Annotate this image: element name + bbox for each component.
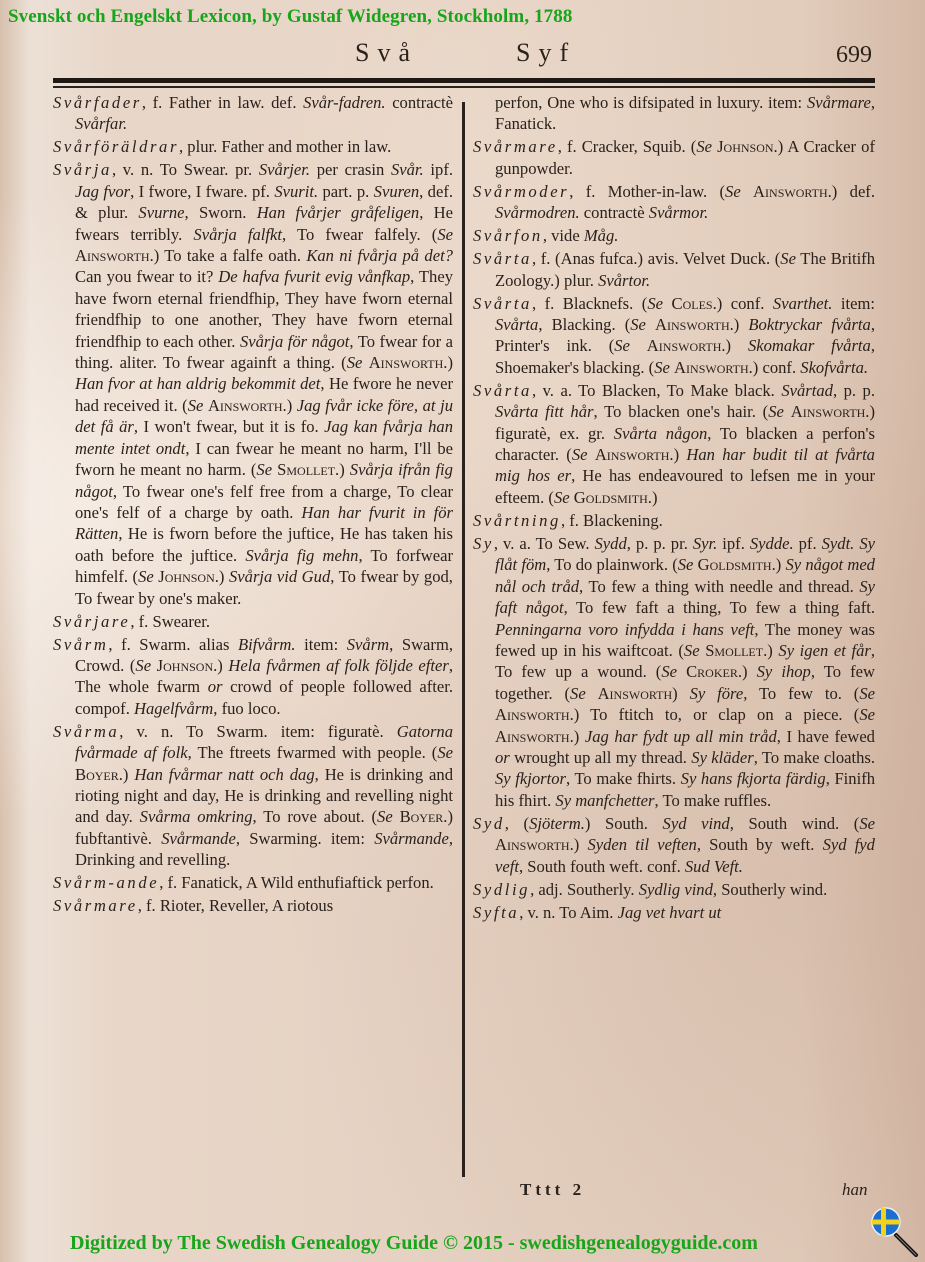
definition-text: )	[742, 662, 757, 681]
dictionary-entry: Svårta, v. a. To Blacken, To Make black.…	[473, 380, 875, 508]
swedish-phrase: Svurne	[138, 203, 184, 222]
swedish-phrase: Se	[570, 684, 586, 703]
watermark-title: Svenskt och Engelskt Lexicon, by Gustaf …	[8, 6, 572, 28]
swedish-phrase: Sy kläder	[691, 748, 753, 767]
definition-text: , p. p.	[833, 381, 875, 400]
definition-text: , p. p. pr.	[627, 534, 693, 553]
definition-text: , f. Swarm. alias	[108, 635, 238, 654]
swedish-phrase: Syden til veften	[587, 835, 696, 854]
swedish-phrase: Se	[437, 743, 453, 762]
source-reference: Ainsworth.	[791, 402, 870, 421]
column-divider	[462, 102, 465, 1177]
definition-text: , The ftreets fwarmed with people. (	[188, 743, 438, 762]
headword: Svårta	[473, 294, 532, 313]
source-reference: Ainsworth.	[495, 727, 574, 746]
definition-text: ) To take a falfe oath.	[154, 246, 307, 265]
dictionary-entry: Syfta, v. n. To Aim. Jag vet hvart ut	[473, 902, 875, 923]
definition-text: , To blacken one's hair. (	[593, 402, 768, 421]
swedish-phrase: Svårja fig mehn	[245, 546, 358, 565]
definition-text: ) def.	[832, 182, 875, 201]
definition-text: , To few a thing with needle and thread.	[579, 577, 859, 596]
headword: Svårta	[473, 381, 532, 400]
dictionary-entry: Svårfon, vide Måg.	[473, 225, 875, 246]
definition-text: , To rove about. (	[253, 807, 378, 826]
swedish-phrase: Sjöterm.	[529, 814, 585, 833]
source-reference: Ainsworth.	[495, 835, 574, 854]
swedish-phrase: Se	[188, 396, 204, 415]
definition-text: , Swarming. item:	[236, 829, 374, 848]
source-reference: Boyer.	[75, 765, 123, 784]
swedish-phrase: Svårtor.	[598, 271, 650, 290]
dictionary-entry: Svårtning, f. Blackening.	[473, 510, 875, 531]
definition-text: , Sworn.	[185, 203, 257, 222]
definition-text: , I fwore, I fware. pf.	[130, 182, 274, 201]
headword: Svårmoder	[473, 182, 569, 201]
source-reference: Ainsworth	[598, 684, 673, 703]
swedish-phrase: Sydd	[595, 534, 627, 553]
definition-text: , I have fewed	[777, 727, 875, 746]
running-head-right: Syf	[516, 38, 576, 68]
swedish-phrase: Svårmor.	[649, 203, 708, 222]
definition-text: )	[574, 727, 585, 746]
definition-text: , plur. Father and mother in law.	[179, 137, 391, 156]
swedish-phrase: Han fvårjer gråfeligen	[257, 203, 420, 222]
definition-text: , To few to. (	[743, 684, 859, 703]
definition-text: Can you fwear to it?	[75, 267, 218, 286]
swedish-phrase: Svårja vid Gud	[229, 567, 330, 586]
definition-text	[646, 315, 655, 334]
definition-text	[677, 662, 686, 681]
swedish-phrase: Se	[678, 555, 694, 574]
definition-text: ) conf.	[717, 294, 773, 313]
definition-text: , f. Swearer.	[130, 612, 210, 631]
definition-text: , South by weft.	[697, 835, 823, 854]
swedish-phrase: Skomakar fvårta	[748, 336, 871, 355]
source-reference: Johnson.	[158, 567, 219, 586]
swedish-flag-magnifier-icon	[870, 1205, 922, 1257]
swedish-phrase: Se	[135, 656, 151, 675]
definition-text: , f. Fanatick, A Wild enthufiaftick perf…	[159, 873, 434, 892]
swedish-phrase: Sy manfchetter	[555, 791, 654, 810]
dictionary-entry: Svårja, v. n. To Swear. pr. Svårjer. per…	[53, 159, 453, 609]
swedish-phrase: Måg.	[584, 226, 619, 245]
definition-text: )	[123, 765, 134, 784]
definition-text: )	[726, 336, 748, 355]
swedish-phrase: Svurit.	[274, 182, 318, 201]
definition-text: part. p.	[318, 182, 374, 201]
swedish-phrase: Se	[859, 814, 875, 833]
swedish-phrase: Svårmare	[807, 93, 871, 112]
definition-text: )	[339, 460, 350, 479]
swedish-phrase: Se	[437, 225, 453, 244]
swedish-phrase: Bifvårm.	[238, 635, 296, 654]
swedish-phrase: Sydt.	[822, 534, 855, 553]
definition-text: , Blacking. (	[538, 315, 630, 334]
swedish-phrase: Han fvårmar natt och dag	[134, 765, 314, 784]
swedish-phrase: Svårfar.	[75, 114, 127, 133]
definition-text: , vide	[543, 226, 584, 245]
definition-text	[663, 294, 672, 313]
source-reference: Smollet.	[705, 641, 767, 660]
headword: Svårföräldrar	[53, 137, 179, 156]
swedish-phrase: Se	[725, 182, 741, 201]
definition-text: , To few faft a thing, To few a thing fa…	[564, 598, 875, 617]
swedish-phrase: Svårta	[495, 315, 538, 334]
swedish-phrase: Se	[696, 137, 712, 156]
definition-text: , v. a. To Blacken, To Make black.	[532, 381, 781, 400]
definition-text: item:	[296, 635, 347, 654]
dictionary-entry: Svårta, f. Blacknefs. (Se Coles.) conf. …	[473, 293, 875, 379]
definition-text: , I won't fwear, but it is fo.	[134, 417, 324, 436]
definition-text: , f. Blacknefs. (	[532, 294, 647, 313]
dictionary-entry: Svårjare, f. Swearer.	[53, 611, 453, 632]
swedish-phrase: Svårtad	[781, 381, 833, 400]
swedish-phrase: Sud Veft.	[685, 857, 743, 876]
definition-text: , v. n. To Swear. pr.	[112, 160, 259, 179]
swedish-phrase: Svårma omkring	[140, 807, 253, 826]
definition-text: , To fwear falfely. (	[282, 225, 437, 244]
headword: Syd	[473, 814, 505, 833]
swedish-phrase: Svårmodren.	[495, 203, 580, 222]
definition-text: contractè	[580, 203, 649, 222]
definition-text: )	[219, 567, 229, 586]
headword: Svårm-ande	[53, 873, 159, 892]
definition-text: )	[574, 835, 588, 854]
swedish-phrase: Svårta fitt hår	[495, 402, 593, 421]
dictionary-entry: Svårföräldrar, plur. Father and mother i…	[53, 136, 453, 157]
swedish-phrase: Penningarna voro infydda i hans veft	[495, 620, 754, 639]
swedish-phrase: Se	[630, 315, 646, 334]
definition-text: , (	[505, 814, 529, 833]
swedish-phrase: Se	[256, 460, 272, 479]
swedish-phrase: Se	[614, 336, 630, 355]
swedish-phrase: Jag fvor	[75, 182, 130, 201]
definition-text: , To do plainwork. (	[546, 555, 677, 574]
headword: Sy	[473, 534, 494, 553]
definition-text: ) conf.	[753, 358, 800, 377]
dictionary-entry: Svårta, f. (Anas fufca.) avis. Velvet Du…	[473, 248, 875, 291]
definition-text: , South fouth weft. conf.	[519, 857, 685, 876]
headword: Sydlig	[473, 880, 530, 899]
headword: Svårmare	[473, 137, 558, 156]
headword: Svårjare	[53, 612, 130, 631]
definition-text: )	[674, 445, 687, 464]
page-number: 699	[836, 42, 872, 69]
dictionary-entry: Sy, v. a. To Sew. Sydd, p. p. pr. Syr. i…	[473, 533, 875, 811]
catchword: han	[842, 1180, 868, 1200]
swedish-phrase: Se	[654, 358, 670, 377]
definition-text: )	[447, 353, 453, 372]
source-reference: Goldsmith.	[574, 488, 652, 507]
definition-text: ipf.	[424, 160, 453, 179]
dictionary-entry: Syd, (Sjöterm.) South. Syd vind, South w…	[473, 813, 875, 877]
swedish-phrase: Svårm	[347, 635, 389, 654]
dictionary-entry: Svårmare, f. Rioter, Reveller, A riotous	[53, 895, 453, 916]
definition-text: wrought up all my thread.	[510, 748, 692, 767]
definition-text: , South wind. (	[730, 814, 860, 833]
swedish-phrase: Han fvor at han aldrig bekommit det	[75, 374, 320, 393]
headword: Svårma	[53, 722, 119, 741]
definition-text: perfon, One who is difsipated in luxury.…	[495, 93, 807, 112]
swedish-phrase: Sy hans fkjorta färdig	[681, 769, 826, 788]
dictionary-entry: Svårfader, f. Father in law. def. Svår-f…	[53, 92, 453, 135]
source-reference: Ainsworth.	[655, 315, 734, 334]
definition-text: ipf.	[717, 534, 750, 553]
source-reference: Croker.	[686, 662, 742, 681]
definition-text: )	[287, 396, 297, 415]
definition-text: , v. a. To Sew.	[494, 534, 595, 553]
definition-text: , fuo loco.	[213, 699, 280, 718]
swedish-phrase: Se	[859, 705, 875, 724]
definition-text	[586, 684, 598, 703]
definition-text: , Southerly wind.	[713, 880, 827, 899]
swedish-phrase: Svårta någon	[614, 424, 708, 443]
header-rule-thin	[53, 86, 875, 88]
swedish-phrase: Se	[554, 488, 570, 507]
swedish-phrase: Kan ni fvårja på det?	[306, 246, 453, 265]
definition-text: , To make fhirts.	[566, 769, 681, 788]
swedish-phrase: Svårja falfkt	[193, 225, 282, 244]
swedish-phrase: De hafva fvurit evig vånfkap	[218, 267, 410, 286]
definition-text	[784, 402, 791, 421]
dictionary-entry: Svårmoder, f. Mother-in-law. (Se Ainswor…	[473, 181, 875, 224]
definition-text: , f. Blackening.	[561, 511, 663, 530]
dictionary-entry: Svårm-ande, f. Fanatick, A Wild enthufia…	[53, 872, 453, 893]
swedish-phrase: Hela fvårmen af folk följde efter	[228, 656, 448, 675]
definition-text: per crasin	[310, 160, 391, 179]
definition-text: , f. Father in law. def.	[142, 93, 303, 112]
headword: Svårm	[53, 635, 108, 654]
source-reference: Johnson.	[717, 137, 778, 156]
definition-text: , v. n. To Aim.	[519, 903, 617, 922]
swedish-phrase: Se	[647, 294, 663, 313]
headword: Svårfader	[53, 93, 142, 112]
swedish-phrase: Sydde.	[750, 534, 794, 553]
swedish-phrase: Boktryckar fvårta	[748, 315, 870, 334]
source-reference: Ainsworth.	[595, 445, 674, 464]
definition-text: )	[672, 684, 689, 703]
swedish-phrase: Sy före	[690, 684, 744, 703]
definition-text: , f. Mother-in-law. (	[569, 182, 725, 201]
definition-text: , To make ruffles.	[654, 791, 771, 810]
swedish-phrase: Sy ihop	[757, 662, 811, 681]
source-reference: Ainsworth.	[647, 336, 726, 355]
source-reference: Goldsmith.	[698, 555, 776, 574]
swedish-phrase: Jag vet hvart ut	[618, 903, 722, 922]
definition-text: )	[734, 315, 749, 334]
swedish-phrase: Svår.	[391, 160, 424, 179]
definition-text: , f. Rioter, Reveller, A riotous	[138, 896, 333, 915]
swedish-phrase: Svårjer.	[259, 160, 310, 179]
swedish-phrase: Skofvårta.	[800, 358, 868, 377]
definition-text: )	[776, 555, 786, 574]
source-reference: Smollet.	[277, 460, 339, 479]
swedish-phrase: Se	[138, 567, 154, 586]
definition-text	[630, 336, 647, 355]
swedish-phrase: Svårja för något	[240, 332, 349, 351]
running-head-left: Svå	[355, 38, 418, 68]
swedish-phrase: Sy igen et får	[778, 641, 870, 660]
headword: Svårja	[53, 160, 112, 179]
swedish-phrase: Syr.	[693, 534, 717, 553]
swedish-phrase: Se	[347, 353, 363, 372]
running-head: Svå Syf 699	[0, 38, 925, 74]
swedish-phrase: Svårmande	[161, 829, 236, 848]
definition-text: , f. (Anas fufca.) avis. Velvet Duck. (	[532, 249, 780, 268]
definition-text: pf.	[794, 534, 822, 553]
swedish-phrase: Se	[684, 641, 700, 660]
source-reference: Ainsworth.	[753, 182, 832, 201]
dictionary-entry: Svårm, f. Swarm. alias Bifvårm. item: Sv…	[53, 634, 453, 720]
source-reference: Ainsworth.	[495, 705, 574, 724]
swedish-phrase: Hagelfvårm	[134, 699, 213, 718]
watermark-footer: Digitized by The Swedish Genealogy Guide…	[70, 1232, 758, 1255]
definition-text: , f. Cracker, Squib. (	[558, 137, 697, 156]
source-reference: Ainsworth.	[208, 396, 287, 415]
swedish-phrase: Se	[859, 684, 875, 703]
definition-text: , adj. Southerly.	[530, 880, 639, 899]
headword: Syfta	[473, 903, 519, 922]
right-column: perfon, One who is difsipated in luxury.…	[473, 92, 875, 925]
dictionary-entry: Svårmare, f. Cracker, Squib. (Se Johnson…	[473, 136, 875, 179]
swedish-phrase: Se	[780, 249, 796, 268]
source-reference: Johnson.	[157, 656, 218, 675]
swedish-phrase: Svår-fadren.	[303, 93, 385, 112]
headword: Svårmare	[53, 896, 138, 915]
swedish-phrase: or	[208, 677, 223, 696]
definition-text: item:	[832, 294, 875, 313]
source-reference: Boyer.	[400, 807, 448, 826]
source-reference: Ainsworth.	[75, 246, 154, 265]
headword: Svårta	[473, 249, 532, 268]
swedish-phrase: Svarthet.	[773, 294, 832, 313]
swedish-phrase: or	[495, 748, 510, 767]
swedish-phrase: Svuren	[374, 182, 419, 201]
definition-text: )	[217, 656, 228, 675]
source-reference: Coles.	[672, 294, 717, 313]
definition-text: )	[767, 641, 778, 660]
dictionary-entry: Sydlig, adj. Southerly. Sydlig vind, Sou…	[473, 879, 875, 900]
definition-text: , v. n. To Swarm. item: figuratè.	[119, 722, 396, 741]
definition-text: )	[652, 488, 658, 507]
definition-text: ) South.	[585, 814, 663, 833]
definition-text	[741, 182, 753, 201]
swedish-phrase: Se	[377, 807, 393, 826]
swedish-phrase: Se	[661, 662, 677, 681]
dictionary-entry: Svårma, v. n. To Swarm. item: figuratè. …	[53, 721, 453, 871]
definition-text	[393, 807, 400, 826]
swedish-phrase: Svårmande	[374, 829, 449, 848]
swedish-phrase: Sydlig vind	[639, 880, 713, 899]
swedish-phrase: Jag har fydt up all min tråd	[585, 727, 777, 746]
swedish-phrase: Sy fkjortor	[495, 769, 566, 788]
swedish-phrase: Se	[572, 445, 588, 464]
definition-text	[588, 445, 595, 464]
definition-text: , To make cloaths.	[754, 748, 875, 767]
source-reference: Ainsworth.	[674, 358, 753, 377]
source-reference: Ainsworth.	[369, 353, 448, 372]
swedish-phrase: Syd vind	[663, 814, 730, 833]
definition-text: ) To ftitch to, or clap on a piece. (	[574, 705, 860, 724]
header-rule	[53, 78, 875, 83]
left-column: Svårfader, f. Father in law. def. Svår-f…	[53, 92, 453, 918]
headword: Svårfon	[473, 226, 543, 245]
dictionary-entry: perfon, One who is difsipated in luxury.…	[473, 92, 875, 135]
headword: Svårtning	[473, 511, 561, 530]
signature-mark: Tttt 2	[520, 1180, 585, 1200]
swedish-phrase: Se	[768, 402, 784, 421]
definition-text: contractè	[386, 93, 453, 112]
